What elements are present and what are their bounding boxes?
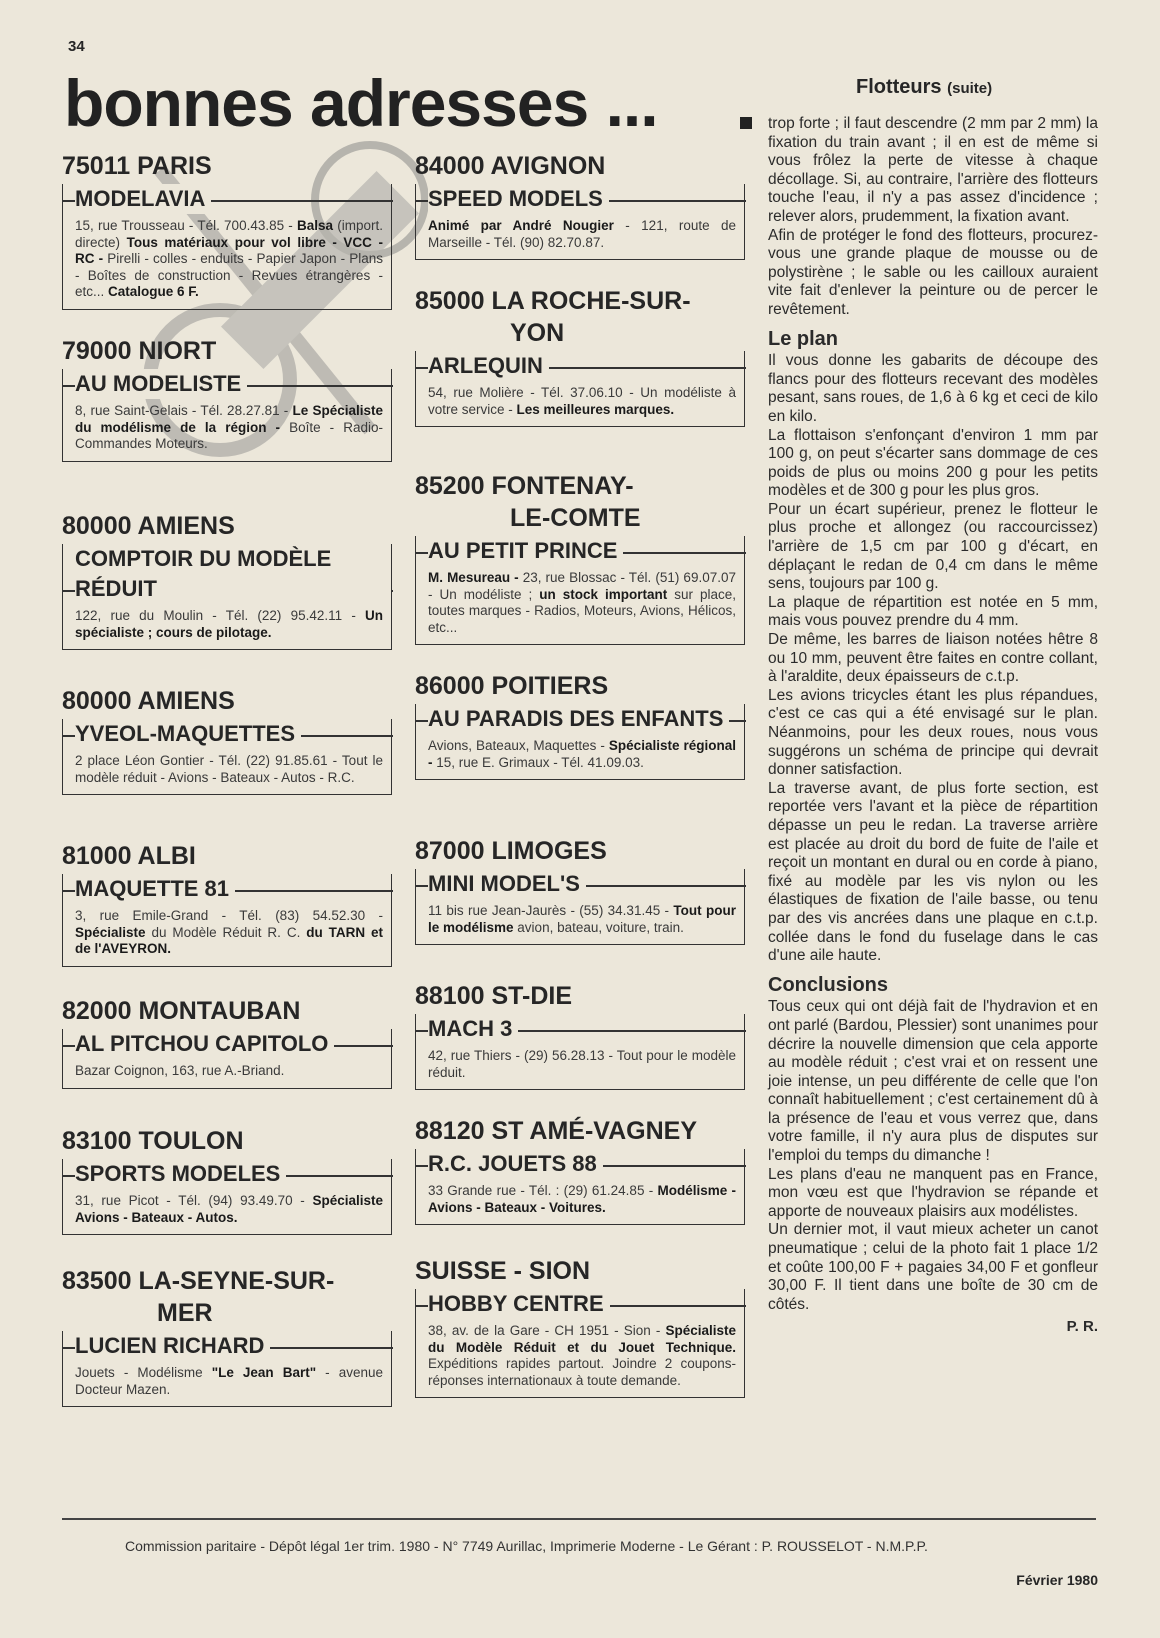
page-number: 34 (68, 38, 85, 55)
shop-box: MACH 342, rue Thiers - (29) 56.28.13 - T… (415, 1014, 745, 1090)
shop-name: SPEED MODELS (428, 184, 609, 214)
article-paragraph: Un dernier mot, il vaut mieux acheter un… (768, 1221, 1098, 1314)
city-heading: 80000 AMIENS (62, 685, 392, 717)
article-paragraph: Pour un écart supérieur, prenez le flott… (768, 501, 1098, 594)
shop-box: HOBBY CENTRE38, av. de la Gare - CH 1951… (415, 1289, 745, 1398)
address-entry: 75011 PARISMODELAVIA15, rue Trousseau - … (62, 150, 392, 310)
city-heading: 82000 MONTAUBAN (62, 995, 392, 1027)
address-entry: 83100 TOULONSPORTS MODELES31, rue Picot … (62, 1125, 392, 1235)
shop-box: LUCIEN RICHARDJouets - Modélisme "Le Jea… (62, 1331, 392, 1407)
shop-description: M. Mesureau - 23, rue Blossac - Tél. (51… (428, 570, 744, 636)
shop-name: SPORTS MODELES (75, 1159, 286, 1189)
shop-description: 38, av. de la Gare - CH 1951 - Sion - Sp… (428, 1323, 744, 1389)
city-heading: 80000 AMIENS (62, 510, 392, 542)
city-heading: 88100 ST-DIE (415, 980, 745, 1012)
shop-box: COMPTOIR DU MODÈLE RÉDUIT122, rue du Mou… (62, 544, 392, 650)
shop-description: 15, rue Trousseau - Tél. 700.43.85 - Bal… (75, 218, 391, 301)
shop-description: Bazar Coignon, 163, rue A.-Briand. (75, 1063, 391, 1080)
shop-name: AU MODELISTE (75, 369, 247, 399)
shop-box: MINI MODEL'S11 bis rue Jean-Jaurès - (55… (415, 869, 745, 945)
article-paragraph: trop forte ; il faut descendre (2 mm par… (768, 115, 1098, 227)
shop-box: AL PITCHOU CAPITOLOBazar Coignon, 163, r… (62, 1029, 392, 1089)
article-paragraph: De même, les barres de liaison notées hê… (768, 631, 1098, 687)
city-heading: 75011 PARIS (62, 150, 392, 182)
city-heading: 84000 AVIGNON (415, 150, 745, 182)
article-title: Flotteurs (suite) (856, 76, 992, 99)
shop-box: SPEED MODELSAnimé par André Nougier - 12… (415, 184, 745, 260)
shop-description: 31, rue Picot - Tél. (94) 93.49.70 - Spé… (75, 1193, 391, 1226)
shop-box: ARLEQUIN54, rue Molière - Tél. 37.06.10 … (415, 351, 745, 427)
city-heading: 79000 NIORT (62, 335, 392, 367)
footer-date: Février 1980 (1016, 1572, 1098, 1588)
address-entry: 83500 LA-SEYNE-SUR-MERLUCIEN RICHARDJoue… (62, 1265, 392, 1407)
footer-divider (62, 1518, 1096, 1520)
address-entry: 85200 FONTENAY-LE-COMTEAU PETIT PRINCEM.… (415, 470, 745, 645)
shop-box: AU PARADIS DES ENFANTSAvions, Bateaux, M… (415, 704, 745, 780)
address-entry: 88100 ST-DIEMACH 342, rue Thiers - (29) … (415, 980, 745, 1090)
city-heading: 85000 LA ROCHE-SUR-YON (415, 285, 745, 349)
shop-description: 2 place Léon Gontier - Tél. (22) 91.85.6… (75, 753, 391, 786)
shop-name: MINI MODEL'S (428, 869, 586, 899)
shop-description: 42, rue Thiers - (29) 56.28.13 - Tout po… (428, 1048, 744, 1081)
shop-description: 54, rue Molière - Tél. 37.06.10 - Un mod… (428, 385, 744, 418)
article-paragraph: La traverse avant, de plus forte section… (768, 780, 1098, 966)
article-paragraph: La plaque de répartition est notée en 5 … (768, 594, 1098, 631)
shop-box: MODELAVIA15, rue Trousseau - Tél. 700.43… (62, 184, 392, 310)
address-entry: 85000 LA ROCHE-SUR-YONARLEQUIN54, rue Mo… (415, 285, 745, 427)
shop-name: ARLEQUIN (428, 351, 549, 381)
article-signature: P. R. (768, 1318, 1098, 1337)
city-heading: 81000 ALBI (62, 840, 392, 872)
article-paragraph: Tous ceux qui ont déjà fait de l'hydravi… (768, 998, 1098, 1165)
address-entry: 79000 NIORTAU MODELISTE8, rue Saint-Gela… (62, 335, 392, 462)
section-heading-conclusions: Conclusions (768, 976, 1098, 995)
bullet-square-icon (740, 117, 752, 129)
address-entry: 87000 LIMOGESMINI MODEL'S11 bis rue Jean… (415, 835, 745, 945)
section-heading-le-plan: Le plan (768, 330, 1098, 349)
shop-name: LUCIEN RICHARD (75, 1331, 270, 1361)
footer-legal-notice: Commission paritaire - Dépôt légal 1er t… (125, 1538, 928, 1554)
shop-name: YVEOL-MAQUETTES (75, 719, 301, 749)
address-entry: 81000 ALBIMAQUETTE 813, rue Emile-Grand … (62, 840, 392, 967)
shop-description: 122, rue du Moulin - Tél. (22) 95.42.11 … (75, 608, 391, 641)
shop-box: R.C. JOUETS 8833 Grande rue - Tél. : (29… (415, 1149, 745, 1225)
city-heading: 87000 LIMOGES (415, 835, 745, 867)
address-entry: 80000 AMIENSYVEOL-MAQUETTES2 place Léon … (62, 685, 392, 795)
city-heading: 85200 FONTENAY-LE-COMTE (415, 470, 745, 534)
shop-name: COMPTOIR DU MODÈLE RÉDUIT (75, 544, 391, 604)
shop-box: AU PETIT PRINCEM. Mesureau - 23, rue Blo… (415, 536, 745, 645)
city-heading: 83100 TOULON (62, 1125, 392, 1157)
article-paragraph: Afin de protéger le fond des flotteurs, … (768, 227, 1098, 320)
address-entry: 84000 AVIGNONSPEED MODELSAnimé par André… (415, 150, 745, 260)
article-body: trop forte ; il faut descendre (2 mm par… (768, 115, 1098, 1337)
shop-name: MACH 3 (428, 1014, 518, 1044)
shop-box: MAQUETTE 813, rue Emile-Grand - Tél. (83… (62, 874, 392, 967)
shop-description: Jouets - Modélisme "Le Jean Bart" - aven… (75, 1365, 391, 1398)
article-paragraph: Les avions tricycles étant les plus répa… (768, 687, 1098, 780)
shop-name: MODELAVIA (75, 184, 211, 214)
city-heading: SUISSE - SION (415, 1255, 745, 1287)
shop-name: AU PARADIS DES ENFANTS (428, 704, 729, 734)
article-paragraph: La flottaison s'enfonçant d'environ 1 mm… (768, 427, 1098, 501)
shop-description: Avions, Bateaux, Maquettes - Spécialiste… (428, 738, 744, 771)
shop-name: R.C. JOUETS 88 (428, 1149, 603, 1179)
city-heading: 88120 ST AMÉ-VAGNEY (415, 1115, 745, 1147)
shop-box: YVEOL-MAQUETTES2 place Léon Gontier - Té… (62, 719, 392, 795)
shop-box: AU MODELISTE8, rue Saint-Gelais - Tél. 2… (62, 369, 392, 462)
shop-description: 3, rue Emile-Grand - Tél. (83) 54.52.30 … (75, 908, 391, 958)
article-paragraph: Les plans d'eau ne manquent pas en Franc… (768, 1166, 1098, 1222)
address-entry: 88120 ST AMÉ-VAGNEYR.C. JOUETS 8833 Gran… (415, 1115, 745, 1225)
page-title: bonnes adresses ... (64, 70, 658, 136)
shop-name: HOBBY CENTRE (428, 1289, 610, 1319)
shop-name: AL PITCHOU CAPITOLO (75, 1029, 334, 1059)
shop-box: SPORTS MODELES31, rue Picot - Tél. (94) … (62, 1159, 392, 1235)
city-heading: 83500 LA-SEYNE-SUR-MER (62, 1265, 392, 1329)
shop-description: 11 bis rue Jean-Jaurès - (55) 34.31.45 -… (428, 903, 744, 936)
shop-description: 33 Grande rue - Tél. : (29) 61.24.85 - M… (428, 1183, 744, 1216)
address-entry: 86000 POITIERSAU PARADIS DES ENFANTSAvio… (415, 670, 745, 780)
shop-description: Animé par André Nougier - 121, route de … (428, 218, 744, 251)
city-heading: 86000 POITIERS (415, 670, 745, 702)
shop-name: AU PETIT PRINCE (428, 536, 623, 566)
address-entry: 82000 MONTAUBANAL PITCHOU CAPITOLOBazar … (62, 995, 392, 1089)
address-entry: SUISSE - SIONHOBBY CENTRE38, av. de la G… (415, 1255, 745, 1398)
article-paragraph: Il vous donne les gabarits de découpe de… (768, 352, 1098, 426)
shop-name: MAQUETTE 81 (75, 874, 235, 904)
address-entry: 80000 AMIENSCOMPTOIR DU MODÈLE RÉDUIT122… (62, 510, 392, 650)
shop-description: 8, rue Saint-Gelais - Tél. 28.27.81 - Le… (75, 403, 391, 453)
